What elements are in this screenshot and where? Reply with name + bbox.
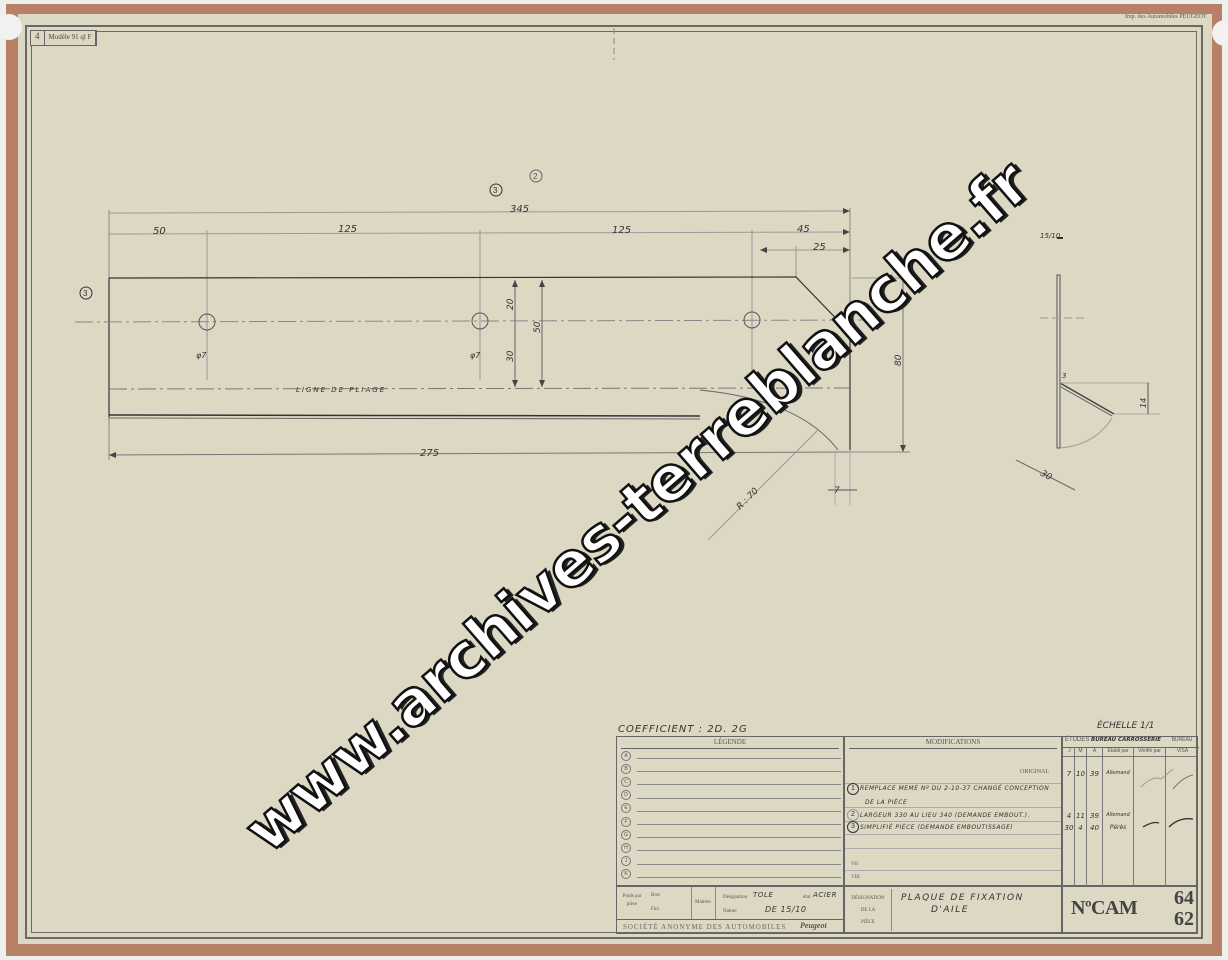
dim-275: 275: [420, 448, 439, 459]
row-vii: VII: [851, 862, 858, 867]
mod-entry-1-cont: DE LA PIÈCE: [865, 799, 907, 806]
dim-20: 20: [506, 298, 516, 310]
nature-value: DE 15/10: [765, 905, 807, 914]
original-label: ORIGINAL: [1020, 769, 1049, 775]
modifications-title: MODIFICATIONS: [849, 737, 1057, 749]
material-label: Matière: [695, 900, 711, 905]
dim-345: 345: [510, 204, 529, 215]
mod-num-2: 2: [847, 809, 859, 821]
designation-value: TOLE: [753, 891, 774, 899]
part-number-block: NºCAM 64 62: [1062, 886, 1198, 934]
rev-mark-top-2: 2: [533, 172, 538, 181]
weight-brut: Brut: [651, 893, 660, 898]
part-name-line-2: D'AILE: [931, 905, 969, 915]
dim-25: 25: [813, 242, 826, 253]
modifications-box: MODIFICATIONS ORIGINAL 1 REMPLACE MEME N…: [844, 736, 1062, 886]
row1-m: 10: [1075, 770, 1086, 778]
legend-row: F: [617, 815, 843, 828]
part-name-line-1: PLAQUE DE FIXATION: [901, 893, 1024, 903]
company-name: SOCIÉTÉ ANONYME DES AUTOMOBILES: [623, 923, 786, 931]
etat-label: état: [803, 895, 810, 900]
row3-m: 4: [1075, 824, 1086, 832]
row1-etabli: Allemand: [1103, 770, 1133, 776]
part-number-bottom: 62: [1174, 909, 1194, 929]
bend-line-label: LIGNE DE PLIAGE: [296, 386, 386, 394]
etudes-box: ÉTUDES BUREAU CARROSSERIE BUREAU J M A E…: [1062, 736, 1198, 886]
hole-dia-1: φ7: [196, 351, 207, 360]
mod-entry-1: REMPLACE MEME Nº DU 2-10-37 CHANGÉ CONCE…: [860, 785, 1049, 792]
weight-fini: Fini: [651, 907, 659, 912]
dim-125-b: 125: [612, 225, 631, 236]
designation-block: DÉSIGNATION DE LA PIÈCE PLAQUE DE FIXATI…: [844, 886, 1062, 934]
visa-header: BUREAU: [1165, 737, 1199, 748]
rev-mark-left-3: 3: [83, 289, 88, 298]
etudes-header: ÉTUDES BUREAU CARROSSERIE: [1063, 737, 1165, 748]
row1-a: 39: [1087, 770, 1102, 778]
col-visa: VISA: [1166, 748, 1199, 754]
legend-title: LÉGENDE: [621, 737, 839, 749]
dim-45: 45: [797, 224, 810, 235]
dim-50-left: 50: [153, 226, 166, 237]
mod-entry-2: LARGEUR 330 AU LIEU 340 (DEMANDE EMBOUT.…: [860, 812, 1030, 819]
etat-value: ACIER: [813, 891, 837, 899]
col-j: J: [1065, 748, 1074, 754]
brand-logo: Peugeot: [800, 921, 827, 930]
weight-label: Poids par pièce: [621, 893, 643, 909]
section-dim-14: 14: [1139, 398, 1148, 408]
row3-a: 40: [1087, 824, 1102, 832]
etudes-department: BUREAU CARROSSERIE: [1091, 737, 1161, 743]
legend-row: E: [617, 802, 843, 815]
col-a: A: [1087, 748, 1102, 754]
dim-7: 7: [834, 486, 840, 496]
legend-row: K: [617, 868, 843, 881]
legend-row: G: [617, 828, 843, 841]
designation-label: DÉSIGNATION DE LA PIÈCE: [847, 893, 889, 929]
dim-80: 80: [894, 354, 904, 366]
legend-row: D: [617, 789, 843, 802]
rev-mark-top-3: 3: [493, 186, 498, 195]
legend-row: J: [617, 855, 843, 868]
part-number-top: 64: [1174, 888, 1194, 908]
legend-row: C: [617, 775, 843, 788]
mod-num-1: 1: [847, 783, 859, 795]
legend-row: A: [617, 749, 843, 762]
dim-50: 50: [533, 321, 543, 333]
row3-j: 30: [1064, 824, 1074, 832]
signatures: [1133, 757, 1199, 837]
col-verifie: Vérifié par: [1134, 748, 1165, 754]
mod-num-3: 3: [847, 821, 859, 833]
part-number-prefix: NºCAM: [1071, 897, 1137, 920]
material-block: Poids par pièce Brut Fini Matière Désign…: [616, 886, 844, 934]
col-m: M: [1075, 748, 1086, 754]
dim-125-a: 125: [338, 224, 357, 235]
row3-etabli: Pérès: [1103, 824, 1133, 831]
hole-dia-2: φ7: [470, 351, 481, 360]
nature-label: Nature: [723, 909, 737, 914]
row1-j: 7: [1064, 770, 1074, 778]
legend-row: B: [617, 762, 843, 775]
row2-etabli: Allemand: [1103, 812, 1133, 818]
scale: ÉCHELLE 1/1: [1097, 721, 1155, 731]
row2-m: 11: [1075, 812, 1086, 820]
col-etabli: Etabli par: [1103, 748, 1133, 754]
section-dim-3: 3: [1062, 372, 1066, 380]
section-dim-30: 30: [1039, 469, 1054, 483]
section-thickness: 15/10: [1040, 232, 1061, 240]
row2-j: 4: [1064, 812, 1074, 820]
radius-label: R : 70: [735, 486, 761, 512]
designation-label: Désignation: [723, 895, 747, 900]
legend-box: LÉGENDE A B C D E F G H J K: [616, 736, 844, 886]
coefficient: COEFFICIENT : 2D. 2G: [618, 724, 748, 735]
row-viii: VIII: [851, 875, 860, 880]
mod-entry-3: SIMPLIFIÉ PIÈCE (DEMANDE EMBOUTISSAGE): [860, 824, 1013, 831]
legend-row: H: [617, 841, 843, 854]
dim-30: 30: [506, 350, 516, 362]
row2-a: 39: [1087, 812, 1102, 820]
